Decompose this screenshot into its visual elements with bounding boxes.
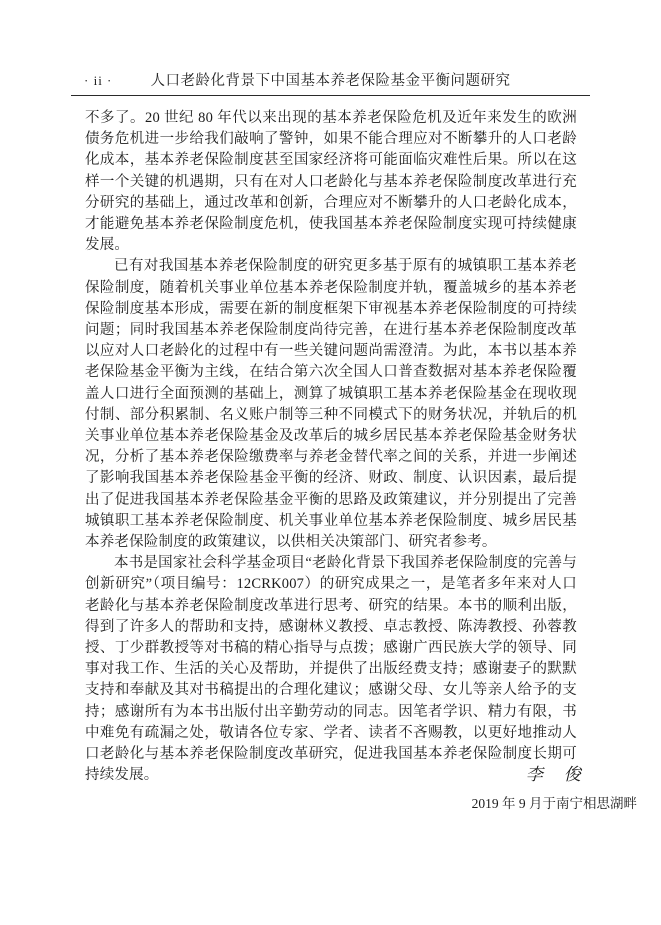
header-divider xyxy=(71,95,590,96)
running-title: 人口老龄化背景下中国基本养老保险基金平衡问题研究 xyxy=(71,69,590,90)
page-header: · ii · 人口老龄化背景下中国基本养老保险基金平衡问题研究 xyxy=(71,68,590,96)
signature-date-place: 2019 年 9 月于南宁相思湖畔 xyxy=(472,792,637,812)
document-page: · ii · 人口老龄化背景下中国基本养老保险基金平衡问题研究 不多了。20 世… xyxy=(0,0,661,925)
paragraph-3: 本书是国家社会科学基金项目“老龄化背景下我国养老保险制度的完善与创新研究”（项目… xyxy=(85,553,577,786)
author-name: 李 俊 xyxy=(472,760,637,785)
paragraph-1: 不多了。20 世纪 80 年代以来出现的基本养老保险危机及近年来发生的欧洲债务危… xyxy=(85,108,577,256)
signature-block: 李 俊 2019 年 9 月于南宁相思湖畔 xyxy=(472,760,637,812)
paragraph-2: 已有对我国基本养老保险制度的研究更多基于原有的城镇职工基本养老保险制度，随着机关… xyxy=(85,256,577,553)
preface-body: 不多了。20 世纪 80 年代以来出现的基本养老保险危机及近年来发生的欧洲债务危… xyxy=(85,108,577,787)
